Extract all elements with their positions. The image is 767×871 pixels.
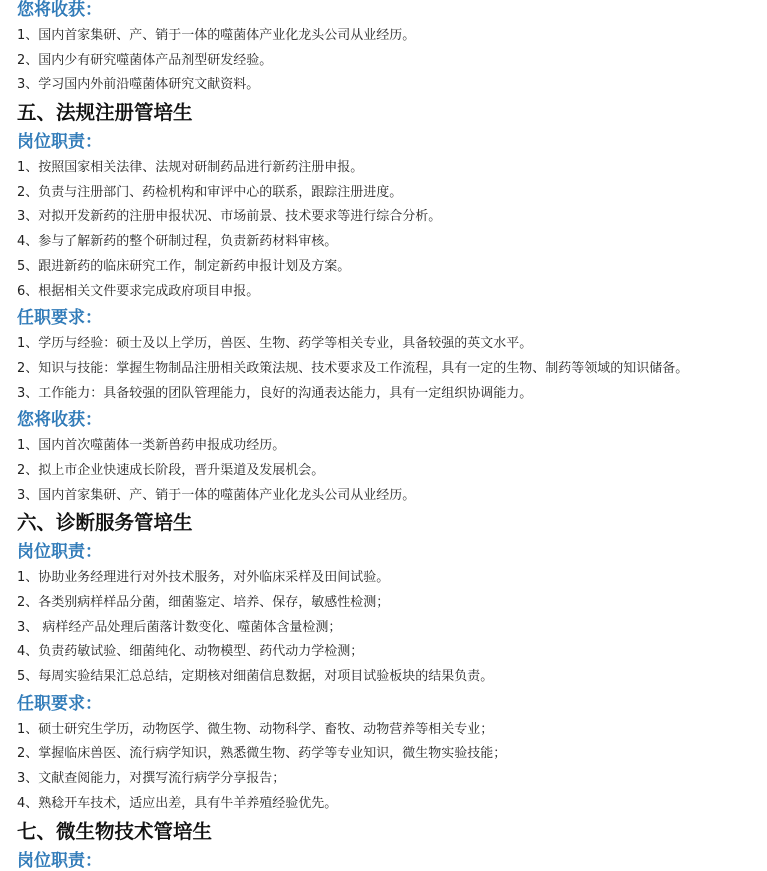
list-item: 2、知识与技能：掌握生物制品注册相关政策法规、技术要求及工作流程，具有一定的生物… — [17, 357, 767, 382]
list-item: 3、国内首家集研、产、销于一体的噬菌体产业化龙头公司从业经历。 — [17, 484, 767, 509]
section-label-duties: 岗位职责： — [17, 538, 767, 566]
list-item: 5、每周实验结果汇总总结，定期核对细菌信息数据，对项目试验板块的结果负责。 — [17, 665, 767, 690]
position-title: 七、微生物技术管培生 — [17, 817, 767, 847]
list-item: 1、按照国家相关法律、法规对研制药品进行新药注册申报。 — [17, 156, 767, 181]
job-posting-document: 您将收获： 1、国内首家集研、产、销于一体的噬菌体产业化龙头公司从业经历。 2、… — [17, 0, 767, 871]
list-item: 2、拟上市企业快速成长阶段，晋升渠道及发展机会。 — [17, 459, 767, 484]
position-title: 六、诊断服务管培生 — [17, 508, 767, 538]
list-item: 4、负责药敏试验、细菌纯化、动物模型、药代动力学检测； — [17, 640, 767, 665]
list-item: 1、协助业务经理进行对外技术服务，对外临床采样及田间试验。 — [17, 566, 767, 591]
section-label-duties: 岗位职责： — [17, 128, 767, 156]
list-item: 1、国内首次噬菌体一类新兽药申报成功经历。 — [17, 434, 767, 459]
list-item: 3、对拟开发新药的注册申报状况、市场前景、技术要求等进行综合分析。 — [17, 205, 767, 230]
position-title: 五、法规注册管培生 — [17, 98, 767, 128]
list-item: 1、国内首家集研、产、销于一体的噬菌体产业化龙头公司从业经历。 — [17, 24, 767, 49]
list-item: 2、负责与注册部门、药检机构和审评中心的联系，跟踪注册进度。 — [17, 181, 767, 206]
section-label-requirements: 任职要求： — [17, 690, 767, 718]
section-label-duties: 岗位职责： — [17, 847, 767, 871]
section-label-gains: 您将收获： — [17, 406, 767, 434]
list-item: 2、各类别病样样品分菌，细菌鉴定、培养、保存，敏感性检测； — [17, 591, 767, 616]
list-item: 4、参与了解新药的整个研制过程，负责新药材料审核。 — [17, 230, 767, 255]
list-item: 3、学习国内外前沿噬菌体研究文献资料。 — [17, 73, 767, 98]
list-item: 4、熟稔开车技术，适应出差，具有牛羊养殖经验优先。 — [17, 792, 767, 817]
list-item: 3、工作能力：具备较强的团队管理能力，良好的沟通表达能力，具有一定组织协调能力。 — [17, 382, 767, 407]
list-item: 1、学历与经验：硕士及以上学历，兽医、生物、药学等相关专业，具备较强的英文水平。 — [17, 332, 767, 357]
section-label-requirements: 任职要求： — [17, 304, 767, 332]
list-item: 2、掌握临床兽医、流行病学知识，熟悉微生物、药学等专业知识，微生物实验技能； — [17, 742, 767, 767]
list-item: 5、跟进新药的临床研究工作，制定新药申报计划及方案。 — [17, 255, 767, 280]
list-item: 1、硕士研究生学历，动物医学、微生物、动物科学、畜牧、动物营养等相关专业； — [17, 718, 767, 743]
list-item: 2、国内少有研究噬菌体产品剂型研发经验。 — [17, 49, 767, 74]
list-item: 6、根据相关文件要求完成政府项目申报。 — [17, 280, 767, 305]
list-item: 3、文献查阅能力，对撰写流行病学分享报告； — [17, 767, 767, 792]
list-item: 3、 病样经产品处理后菌落计数变化、噬菌体含量检测； — [17, 616, 767, 641]
section-label-gains: 您将收获： — [17, 0, 767, 24]
